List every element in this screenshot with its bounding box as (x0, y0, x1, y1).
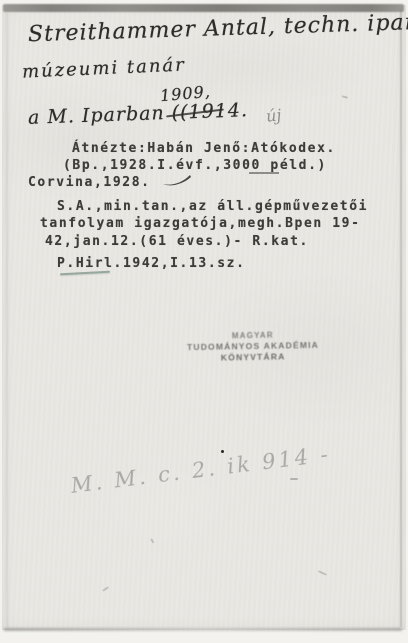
card-bottom-edge-shadow (4, 628, 402, 631)
typed-line-publisher: Corvina,1928. (28, 175, 151, 190)
card-top-edge-shadow (3, 4, 404, 12)
paper-speck (290, 478, 298, 480)
ink-dot-mark (221, 450, 224, 453)
typed-line-reviewer: Átnézte:Habán Jenő:Atókodex. (72, 141, 336, 156)
typed-line-bio-1: S.A.,min.tan.,az áll.gépművezetői (57, 199, 368, 214)
typed-line-bio-3: 42,jan.12.(61 éves.)- R.kat. (45, 234, 309, 249)
typed-line-edition: (Bp.,1928.I.évf.,3000 péld.) (63, 158, 327, 173)
library-stamp: MAGYAR TUDOMÁNYOS AKADÉMIA KÖNYVTÁRA (178, 329, 329, 365)
card-left-edge-shadow (6, 12, 8, 627)
typed-line-bio-2: tanfolyam igazgatója,megh.Bpen 19- (40, 216, 361, 231)
pencil-note-uj: új (265, 105, 282, 125)
underline-mark (249, 172, 279, 174)
scanned-catalog-card: Streithammer Antal, techn. ipar- múzeumi… (0, 0, 408, 643)
card-right-edge-shadow (400, 10, 402, 627)
typed-line-citation: P.Hirl.1942,I.13.sz. (57, 256, 246, 271)
ink-check-mark (160, 174, 192, 190)
